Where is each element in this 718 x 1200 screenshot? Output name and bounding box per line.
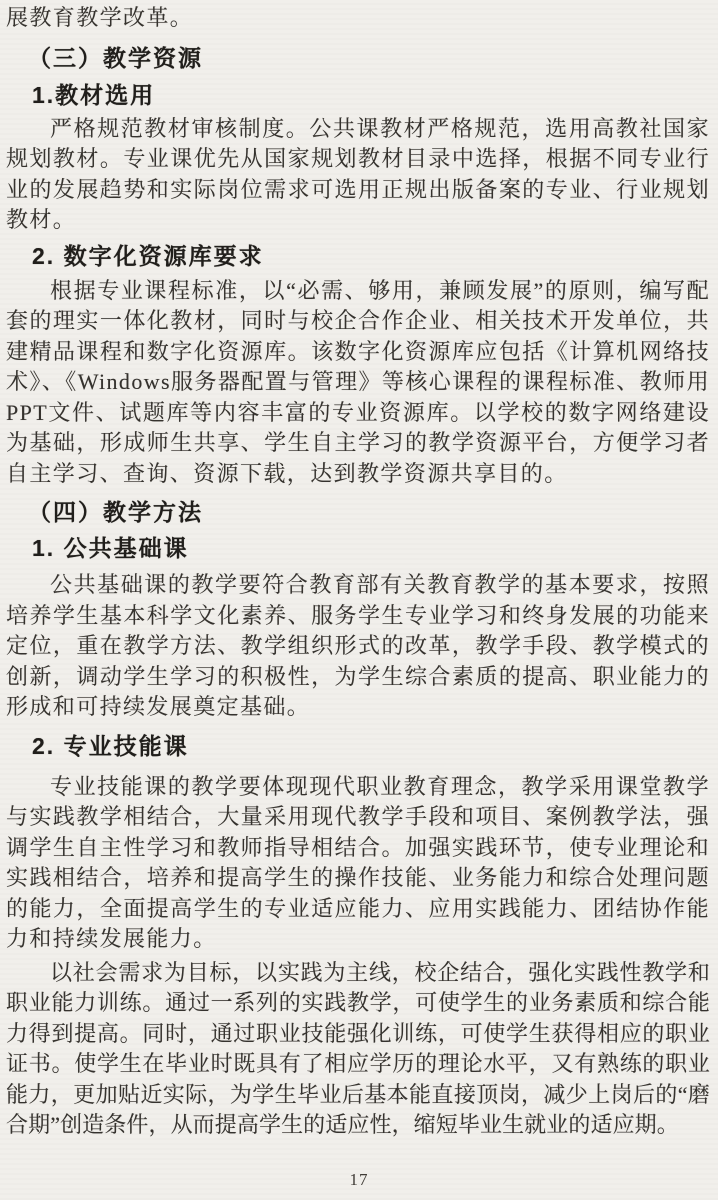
paragraph-digital-resource-library: 根据专业课程标准，以“必需、够用，兼顾发展”的原则，编写配套的理实一体化教材，同… xyxy=(6,276,710,490)
subsection-heading-digital-resource-library: 2. 数字化资源库要求 xyxy=(32,239,710,273)
paragraph-public-basic-courses: 公共基础课的教学要符合教育部有关教育教学的基本要求，按照培养学生基本科学文化素养… xyxy=(6,570,710,723)
scanned-document-page: 展教育教学改革。 （三）教学资源 1.教材选用 严格规范教材审核制度。公共课教材… xyxy=(0,0,718,1200)
section-heading-teaching-resources: （三）教学资源 xyxy=(28,41,710,75)
subsection-heading-public-basic-courses: 1. 公共基础课 xyxy=(32,531,710,565)
subsection-heading-professional-skill-courses: 2. 专业技能课 xyxy=(32,729,710,763)
subsection-heading-textbook-selection: 1.教材选用 xyxy=(32,78,710,112)
page-number: 17 xyxy=(0,1170,718,1190)
paragraph-continued-from-previous-page: 展教育教学改革。 xyxy=(6,3,710,34)
paragraph-professional-skill-courses: 专业技能课的教学要体现现代职业教育理念，教学采用课堂教学与实践教学相结合，大量采… xyxy=(6,772,710,955)
section-heading-teaching-methods: （四）教学方法 xyxy=(28,495,710,529)
paragraph-practice-oriented-training: 以社会需求为目标，以实践为主线，校企结合，强化实践性教学和职业能力训练。通过一系… xyxy=(6,958,710,1141)
paragraph-textbook-selection: 严格规范教材审核制度。公共课教材严格规范，选用高教社国家规划教材。专业课优先从国… xyxy=(6,114,710,236)
